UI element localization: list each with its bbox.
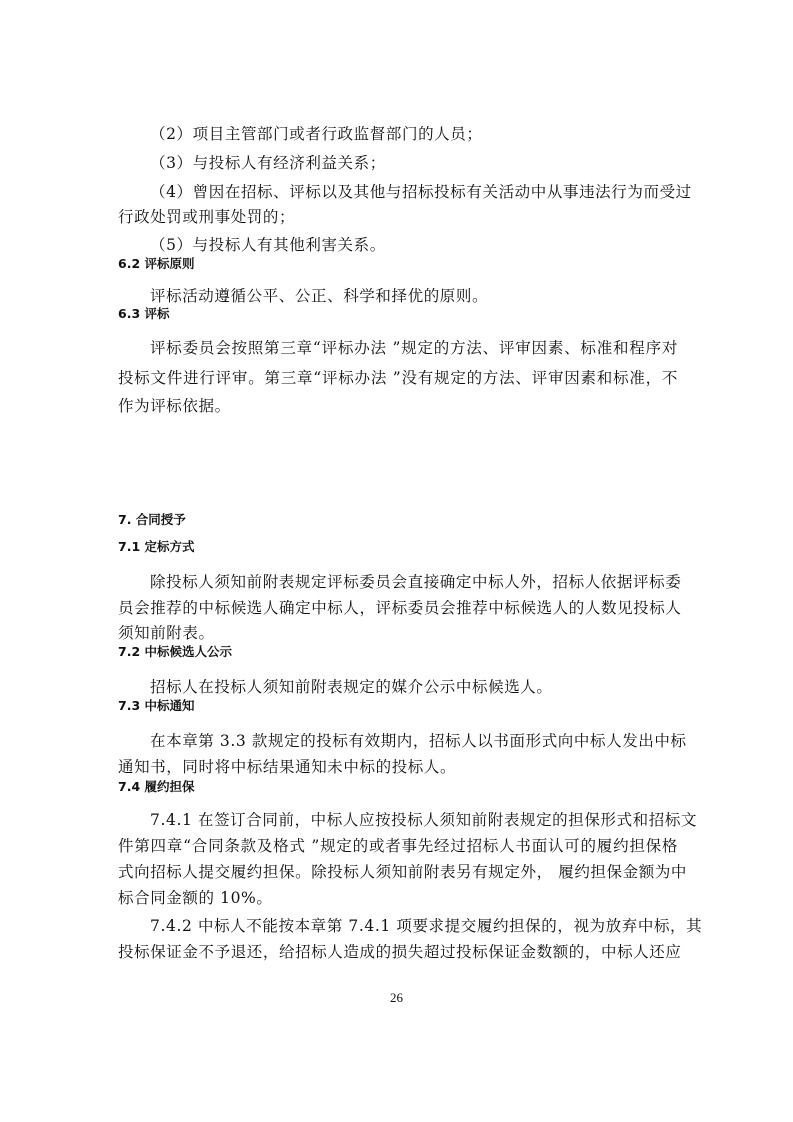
- paragraph-line: 员会推荐的中标候选人确定中标人，评标委员会推荐中标候选人的人数见投标人: [118, 598, 678, 618]
- list-item-continuation: 行政处罚或刑事处罚的；: [118, 207, 678, 227]
- paragraph-line: 评标委员会按照第三章“评标办法 ”规定的方法、评审因素、标准和程序对: [150, 338, 678, 358]
- paragraph-line: 除投标人须知前附表规定评标委员会直接确定中标人外，招标人依据评标委: [150, 572, 678, 592]
- list-item: （3）与投标人有经济利益关系；: [150, 153, 710, 173]
- paragraph-line: 投标文件进行评审。第三章“评标办法 ”没有规定的方法、评审因素和标准，不: [118, 368, 678, 388]
- list-item: （4）曾因在招标、评标以及其他与招标投标有关活动中从事违法行为而受过: [150, 182, 678, 202]
- paragraph: 评标活动遵循公平、公正、科学和择优的原则。: [150, 286, 710, 306]
- paragraph-line: 7.4.1 在签订合同前，中标人应按投标人须知前附表规定的担保形式和招标文: [150, 810, 678, 830]
- paragraph-line: 在本章第 3.3 款规定的投标有效期内，招标人以书面形式向中标人发出中标: [150, 731, 678, 751]
- paragraph-line: 7.4.2 中标人不能按本章第 7.4.1 项要求提交履约担保的，视为放弃中标，…: [150, 916, 678, 936]
- section-heading-7-1: 7.1 定标方式: [118, 537, 678, 557]
- paragraph-line: 件第四章“合同条款及格式 ”规定的或者事先经过招标人书面认可的履约担保格: [118, 836, 678, 856]
- list-item: （5）与投标人有其他利害关系。: [150, 235, 710, 255]
- section-heading-6-2: 6.2 评标原则: [118, 254, 678, 274]
- paragraph-line: 须知前附表。: [118, 623, 678, 643]
- paragraph: 招标人在投标人须知前附表规定的媒介公示中标候选人。: [150, 677, 710, 697]
- paragraph-line: 通知书，同时将中标结果通知未中标的投标人。: [118, 757, 678, 777]
- paragraph-line: 投标保证金不予退还，给招标人造成的损失超过投标保证金数额的，中标人还应: [118, 942, 678, 962]
- paragraph-line: 标合同金额的 10%。: [118, 888, 678, 908]
- page-number: 26: [0, 990, 793, 1006]
- section-heading-7-3: 7.3 中标通知: [118, 696, 678, 716]
- paragraph-line: 式向招标人提交履约担保。除投标人须知前附表另有规定外， 履约担保金额为中: [118, 862, 678, 882]
- section-heading-7: 7. 合同授予: [118, 510, 678, 530]
- section-heading-7-2: 7.2 中标候选人公示: [118, 642, 678, 662]
- section-heading-6-3: 6.3 评标: [118, 304, 678, 324]
- section-heading-7-4: 7.4 履约担保: [118, 777, 678, 797]
- list-item: （2）项目主管部门或者行政监督部门的人员；: [150, 124, 710, 144]
- document-page: （2）项目主管部门或者行政监督部门的人员； （3）与投标人有经济利益关系； （4…: [0, 0, 793, 1122]
- paragraph-line: 作为评标依据。: [118, 396, 678, 416]
